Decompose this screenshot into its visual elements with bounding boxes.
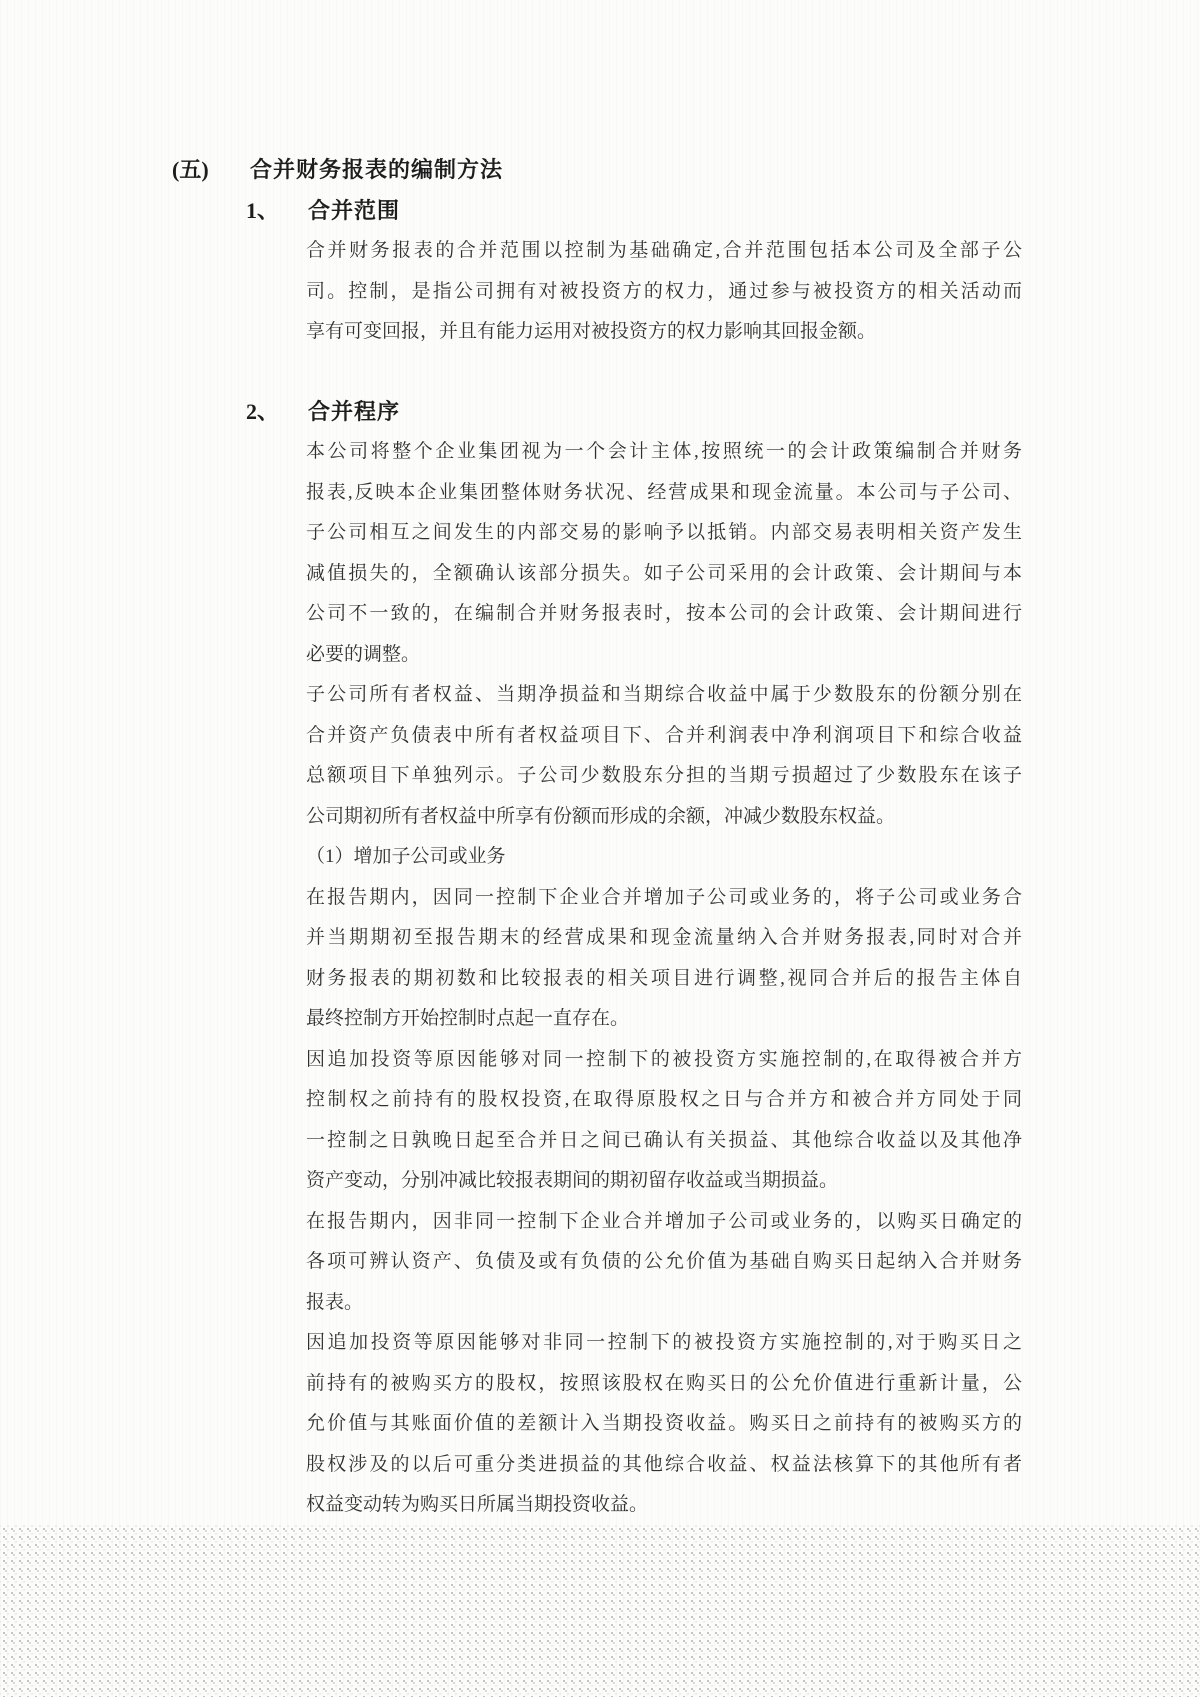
text-line: 并当期期初至报告期末的经营成果和现金流量纳入合并财务报表,同时对合并 xyxy=(306,918,1022,959)
text-line: 控制权之前持有的股权投资,在取得原股权之日与合并方和被合并方同处于同 xyxy=(306,1080,1022,1121)
text-line: 股权涉及的以后可重分类进损益的其他综合收益、权益法核算下的其他所有者 xyxy=(306,1445,1022,1486)
paragraph-same-control-step-acquisition: 因追加投资等原因能够对同一控制下的被投资方实施控制的,在取得被合并方控制权之前持… xyxy=(306,1040,1022,1202)
subsection-heading-scope: 1、 合并范围 xyxy=(0,191,1200,232)
text-line: 报表。 xyxy=(306,1283,1022,1324)
paragraph-non-same-control-merger: 在报告期内，因非同一控制下企业合并增加子公司或业务的，以购买日确定的各项可辨认资… xyxy=(306,1202,1022,1324)
paragraph-same-control-merger: 在报告期内，因同一控制下企业合并增加子公司或业务的，将子公司或业务合并当期期初至… xyxy=(306,878,1022,1040)
paragraph-scope: 合并财务报表的合并范围以控制为基础确定,合并范围包括本公司及全部子公司。控制，是… xyxy=(306,231,1022,353)
document-page: (五) 合并财务报表的编制方法 1、 合并范围 合并财务报表的合并范围以控制为基… xyxy=(0,0,1200,1697)
section-heading-number: (五) xyxy=(172,150,250,191)
subsection-number: 2、 xyxy=(246,392,308,433)
text-line: 在报告期内，因同一控制下企业合并增加子公司或业务的，将子公司或业务合 xyxy=(306,878,1022,919)
subsection-heading-procedure: 2、 合并程序 xyxy=(0,392,1200,433)
paragraph-non-same-control-step-acquisition: 因追加投资等原因能够对非同一控制下的被投资方实施控制的,对于购买日之前持有的被购… xyxy=(306,1323,1022,1526)
text-line: 报表,反映本企业集团整体财务状况、经营成果和现金流量。本公司与子公司、 xyxy=(306,473,1022,514)
text-line: 子公司所有者权益、当期净损益和当期综合收益中属于少数股东的份额分别在 xyxy=(306,675,1022,716)
text-line: 子公司相互之间发生的内部交易的影响予以抵销。内部交易表明相关资产发生 xyxy=(306,513,1022,554)
subpoint-heading-add-subsidiary: （1）增加子公司或业务 xyxy=(306,837,1022,878)
text-line: 合并财务报表的合并范围以控制为基础确定,合并范围包括本公司及全部子公 xyxy=(306,231,1022,272)
text-line: 权益变动转为购买日所属当期投资收益。 xyxy=(306,1485,1022,1526)
section-heading-title: 合并财务报表的编制方法 xyxy=(250,150,503,191)
text-line: 公司不一致的，在编制合并财务报表时，按本公司的会计政策、会计期间进行 xyxy=(306,594,1022,635)
section-heading: (五) 合并财务报表的编制方法 xyxy=(0,150,1200,191)
text-line: 资产变动，分别冲减比较报表期间的期初留存收益或当期损益。 xyxy=(306,1161,1022,1202)
text-line: 最终控制方开始控制时点起一直存在。 xyxy=(306,999,1022,1040)
subsection-title: 合并范围 xyxy=(308,191,400,232)
text-line: 减值损失的，全额确认该部分损失。如子公司采用的会计政策、会计期间与本 xyxy=(306,554,1022,595)
text-line: 财务报表的期初数和比较报表的相关项目进行调整,视同合并后的报告主体自 xyxy=(306,959,1022,1000)
text-line: 总额项目下单独列示。子公司少数股东分担的当期亏损超过了少数股东在该子 xyxy=(306,756,1022,797)
text-line: 合并资产负债表中所有者权益项目下、合并利润表中净利润项目下和综合收益 xyxy=(306,716,1022,757)
text-line: 在报告期内，因非同一控制下企业合并增加子公司或业务的，以购买日确定的 xyxy=(306,1202,1022,1243)
text-line: 必要的调整。 xyxy=(306,635,1022,676)
paragraph-procedure-overview: 本公司将整个企业集团视为一个会计主体,按照统一的会计政策编制合并财务报表,反映本… xyxy=(306,432,1022,675)
text-line: 前持有的被购买方的股权，按照该股权在购买日的公允价值进行重新计量，公 xyxy=(306,1364,1022,1405)
text-line: 公司期初所有者权益中所享有份额而形成的余额，冲减少数股东权益。 xyxy=(306,797,1022,838)
document-content: (五) 合并财务报表的编制方法 1、 合并范围 合并财务报表的合并范围以控制为基… xyxy=(0,150,1200,1526)
text-line: 司。控制，是指公司拥有对被投资方的权力，通过参与被投资方的相关活动而 xyxy=(306,272,1022,313)
subsection-title: 合并程序 xyxy=(308,392,400,433)
text-line: 因追加投资等原因能够对同一控制下的被投资方实施控制的,在取得被合并方 xyxy=(306,1040,1022,1081)
text-line: 允价值与其账面价值的差额计入当期投资收益。购买日之前持有的被购买方的 xyxy=(306,1404,1022,1445)
text-line: 各项可辨认资产、负债及或有负债的公允价值为基础自购买日起纳入合并财务 xyxy=(306,1242,1022,1283)
paragraph-minority-interest: 子公司所有者权益、当期净损益和当期综合收益中属于少数股东的份额分别在合并资产负债… xyxy=(306,675,1022,837)
text-line: 因追加投资等原因能够对非同一控制下的被投资方实施控制的,对于购买日之 xyxy=(306,1323,1022,1364)
text-line: 一控制之日孰晚日起至合并日之间已确认有关损益、其他综合收益以及其他净 xyxy=(306,1121,1022,1162)
subsection-number: 1、 xyxy=(246,191,308,232)
halftone-dot-pattern xyxy=(0,1525,1200,1697)
text-line: 本公司将整个企业集团视为一个会计主体,按照统一的会计政策编制合并财务 xyxy=(306,432,1022,473)
text-line: 享有可变回报，并且有能力运用对被投资方的权力影响其回报金额。 xyxy=(306,312,1022,353)
